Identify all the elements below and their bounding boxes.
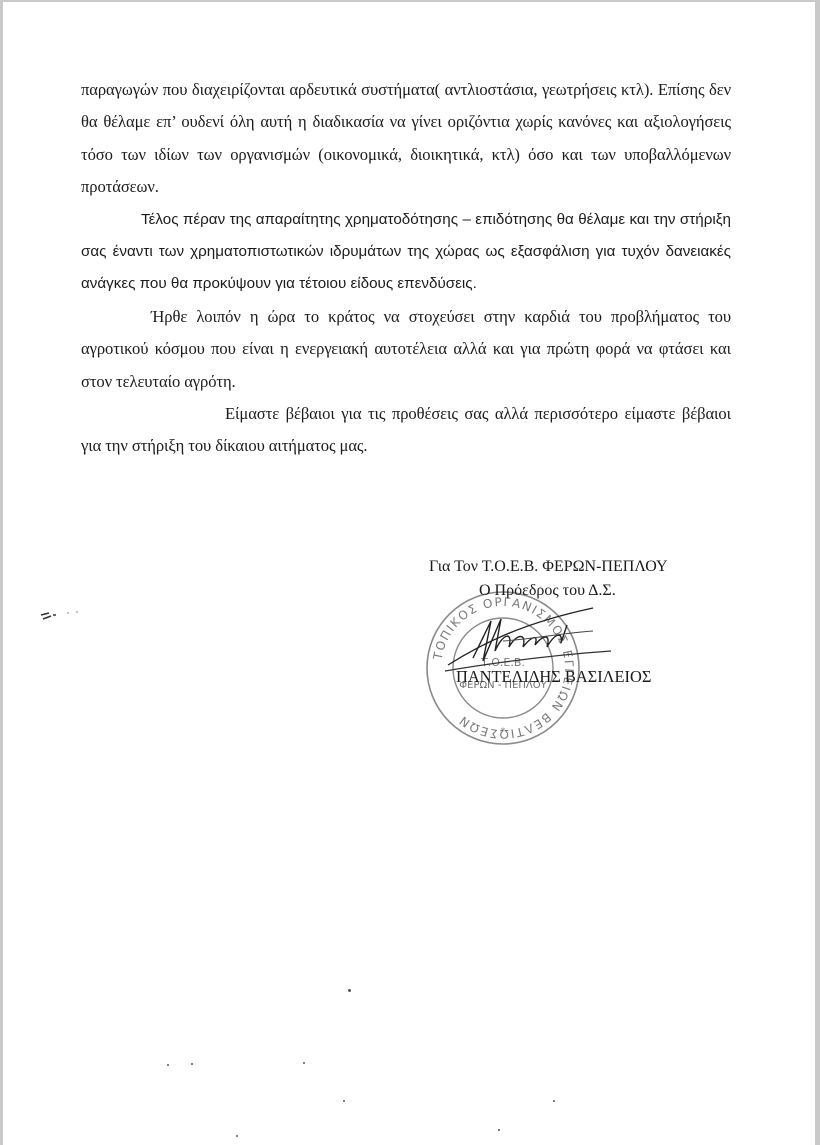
- signature-name: ΠΑΝΤΕΛΙΔΗΣ ΒΑΣΙΛΕΙΟΣ: [456, 667, 651, 687]
- paragraph-closing: Είμαστε βέβαιοι για τις προθέσεις σας αλ…: [81, 398, 731, 463]
- paragraph-energy: Ήρθε λοιπόν η ώρα το κράτος να στοχεύσει…: [81, 301, 731, 398]
- scan-speck: [348, 989, 351, 992]
- scan-speck: [236, 1135, 238, 1137]
- svg-text:*: *: [501, 726, 506, 736]
- scanned-page: παραγωγών που διαχειρίζονται αρδευτικά σ…: [3, 2, 815, 1145]
- paragraph-financing: Τέλος πέραν της απαραίτητης χρηματοδότησ…: [81, 204, 731, 301]
- scan-speck: [191, 1063, 193, 1065]
- handwritten-signature: [443, 603, 613, 673]
- signature-organization: Για Τον Τ.Ο.Ε.Β. ΦΕΡΩΝ-ΠΕΠΛΟΥ: [429, 558, 668, 576]
- scan-speck: [167, 1064, 169, 1066]
- scan-speck: [553, 1100, 555, 1102]
- letter-body: παραγωγών που διαχειρίζονται αρδευτικά σ…: [81, 74, 731, 463]
- scan-speck: [343, 1100, 345, 1102]
- signature-role: Ο Πρόεδρος του Δ.Σ.: [479, 582, 616, 600]
- signature-block: ΤΟΠΙΚΟΣ ΟΡΓΑΝΙΣΜΟΣ ΕΓΓΕΙΩΝ ΒΕΛΤΙΩΣΕΩΝ Τ.…: [403, 558, 713, 738]
- scan-speck: [303, 1062, 305, 1064]
- scan-speck: [498, 1129, 500, 1131]
- scan-artifact-mark: [33, 607, 83, 627]
- paragraph-irrigation: παραγωγών που διαχειρίζονται αρδευτικά σ…: [81, 74, 731, 204]
